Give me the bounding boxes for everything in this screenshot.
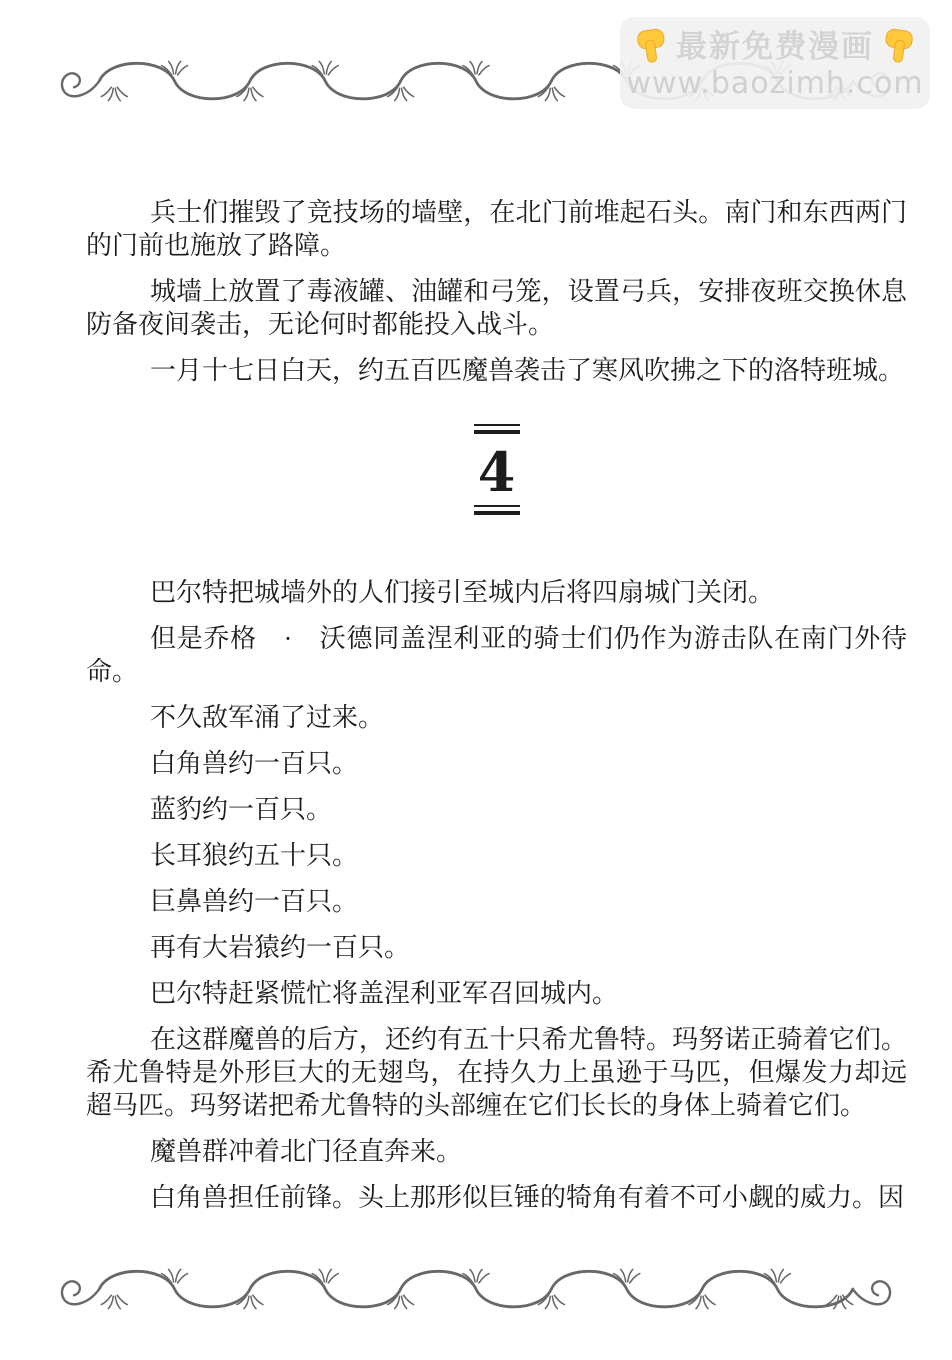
pointing-down-icon — [875, 24, 920, 69]
paragraph: 再有大岩猿约一百只。 — [86, 931, 907, 964]
paragraph: 兵士们摧毁了竞技场的墙壁，在北门前堆起石头。南门和东西两门的门前也施放了路障。 — [86, 196, 907, 262]
watermark-title-row: 最新免费漫画 — [632, 25, 918, 69]
page-text: 兵士们摧毁了竞技场的墙壁，在北门前堆起石头。南门和东西两门的门前也施放了路障。 … — [86, 196, 907, 1227]
paragraph: 在这群魔兽的后方，还约有五十只希尤鲁特。玛努诺正骑着它们。希尤鲁特是外形巨大的无… — [86, 1023, 907, 1122]
paragraph: 一月十七日白天，约五百匹魔兽袭击了寒风吹拂之下的洛特班城。 — [86, 354, 907, 387]
pointing-down-icon — [629, 24, 674, 69]
watermark-title: 最新免费漫画 — [676, 27, 874, 67]
heading-top-rule — [474, 424, 520, 434]
heading-bottom-rule — [474, 505, 520, 515]
paragraph: 白角兽约一百只。 — [86, 747, 907, 780]
watermark-url: www.baozimh.com — [626, 67, 923, 101]
paragraph: 不久敌军涌了过来。 — [86, 701, 907, 734]
paragraph: 巴尔特赶紧慌忙将盖涅利亚军召回城内。 — [86, 977, 907, 1010]
chapter-heading: 4 — [86, 424, 907, 515]
paragraph: 长耳狼约五十只。 — [86, 839, 907, 872]
paragraph: 魔兽群冲着北门径直奔来。 — [86, 1135, 907, 1168]
paragraph: 白角兽担任前锋。头上那形似巨锤的犄角有着不可小觑的威力。因 — [86, 1181, 907, 1214]
paragraph: 巨鼻兽约一百只。 — [86, 885, 907, 918]
paragraph: 蓝豹约一百只。 — [86, 793, 907, 826]
paragraph: 城墙上放置了毒液罐、油罐和弓笼，设置弓兵，安排夜班交换休息防备夜间袭击，无论何时… — [86, 275, 907, 341]
paragraph: 但是乔格 · 沃德同盖涅利亚的骑士们仍作为游击队在南门外待命。 — [86, 622, 907, 688]
bottom-flourish-border — [54, 1254, 898, 1320]
chapter-number: 4 — [86, 443, 907, 501]
site-watermark: 最新免费漫画 www.baozimh.com — [620, 17, 930, 109]
paragraph: 巴尔特把城墙外的人们接引至城内后将四扇城门关闭。 — [86, 576, 907, 609]
